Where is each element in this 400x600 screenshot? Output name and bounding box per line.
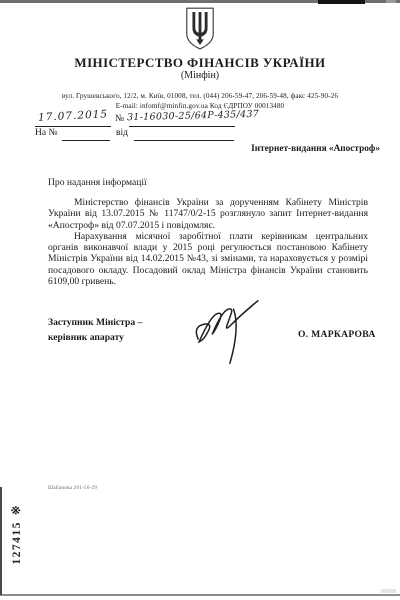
handwritten-outgoing-number: 31-16030-25/64Р-435/437	[127, 108, 297, 123]
scan-artifact-corner-noise	[381, 589, 396, 593]
ministry-address-line: вул. Грушевського, 12/2, м. Київ, 01008,…	[0, 92, 400, 100]
signer-position-line-2: керівник апарату	[48, 330, 142, 345]
registration-stamp: 127415※	[9, 500, 25, 570]
letter-body: Міністерство фінансів України за доручен…	[48, 197, 368, 287]
reply-number-underline	[62, 139, 110, 141]
reply-to-number-label: На №	[35, 128, 58, 138]
executor-phone-line: Шабанова 201-56-29	[48, 486, 97, 491]
scan-artifact-top-mark	[386, 0, 396, 3]
reply-from-date-label: від	[116, 128, 128, 138]
registration-mark-icon: ※	[11, 505, 23, 515]
signer-position-line-1: Заступник Міністра –	[48, 315, 142, 330]
body-paragraph-1: Міністерство фінансів України за доручен…	[48, 197, 368, 231]
scan-artifact-top-blob	[318, 0, 365, 4]
addressee: Інтернет-видання «Апостроф»	[200, 144, 380, 154]
registration-number: 127415	[11, 521, 23, 565]
signer-name: О. МАРКАРОВА	[298, 329, 388, 340]
signer-position: Заступник Міністра – керівник апарату	[48, 315, 142, 345]
ministry-email-line: E-mail: infomf@minfin.gov.ua Код ЄДРПОУ …	[0, 102, 400, 110]
ukraine-trident-emblem-icon	[183, 7, 217, 50]
reply-date-underline	[134, 139, 234, 141]
body-paragraph-2: Нарахування місячної заробітної плати ке…	[48, 231, 368, 287]
subject-line: Про надання інформації	[48, 177, 147, 188]
scan-artifact-bottom-bar	[0, 594, 400, 596]
ministry-title: МІНІСТЕРСТВО ФІНАНСІВ УКРАЇНИ	[0, 55, 400, 71]
number-sign-label: №	[115, 114, 124, 124]
number-underline	[129, 125, 235, 127]
handwritten-signature-icon	[188, 298, 268, 368]
handwritten-outgoing-date: 17.07.2015	[38, 108, 109, 124]
ministry-short-name: (Мінфін)	[0, 70, 400, 81]
scan-artifact-left-bar	[0, 487, 2, 595]
date-underline	[35, 125, 111, 127]
letter-page: МІНІСТЕРСТВО ФІНАНСІВ УКРАЇНИ (Мінфін) в…	[0, 0, 400, 600]
